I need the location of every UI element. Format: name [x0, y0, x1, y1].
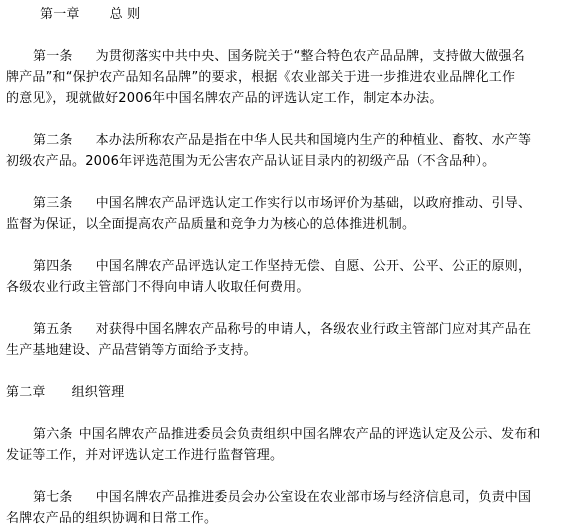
- chapter-heading: 第一章总 则: [40, 4, 140, 25]
- article-text: 初级农产品。2006年评选范围为无公害农产品认证目录内的初级产品（不含品种）。: [6, 151, 495, 172]
- article-text: 中国名牌农产品推进委员会办公室设在农业部市场与经济信息司，负责中国: [96, 490, 532, 505]
- article-text: 中国名牌农产品推进委员会负责组织中国名牌农产品的评选认定及公示、发布和: [79, 427, 541, 442]
- article-label: 第三条: [33, 193, 73, 214]
- article-text: 为贯彻落实中共中央、国务院关于“整合特色农产品品牌，支持做大做强名: [96, 49, 525, 64]
- article-text: 对获得中国名牌农产品称号的申请人，各级农业行政主管部门应对其产品在: [96, 322, 532, 337]
- chapter-label: 第一章: [40, 4, 80, 25]
- article-label: 第二条: [33, 130, 73, 151]
- article-text: 牌产品”和“保护农产品知名品牌”的要求，根据《农业部关于进一步推进农业品牌化工作: [6, 67, 515, 88]
- article-label: 第六条: [33, 424, 73, 445]
- article-text: 本办法所称农产品是指在中华人民共和国境内生产的种植业、畜牧、水产等: [96, 133, 532, 148]
- article-label: 第一条: [33, 46, 73, 67]
- article-label: 第七条: [33, 487, 73, 508]
- chapter-label: 第二章: [6, 382, 46, 403]
- article-text: 中国名牌农产品评选认定工作坚持无偿、自愿、公开、公平、公正的原则，: [96, 259, 532, 274]
- chapter-title: 总 则: [110, 7, 141, 22]
- article-text: 各级农业行政主管部门不得向申请人收取任何费用。: [6, 277, 310, 298]
- article-text: 发证等工作，并对评选认定工作进行监督管理。: [6, 445, 283, 466]
- chapter-heading: 第二章组织管理: [6, 382, 124, 403]
- article-text: 中国名牌农产品评选认定工作实行以市场评价为基础，以政府推动、引导、: [96, 196, 532, 211]
- article-label: 第四条: [33, 256, 73, 277]
- article-label: 第五条: [33, 319, 73, 340]
- chapter-title: 组织管理: [72, 385, 125, 400]
- article-text: 的意见》，现就做好2006年中国名牌农产品的评选认定工作，制定本办法。: [6, 88, 443, 109]
- article-text: 名牌农产品的组织协调和日常工作。: [6, 508, 217, 527]
- article-text: 生产基地建设、产品营销等方面给予支持。: [6, 340, 257, 361]
- article-text: 监督为保证，以全面提高农产品质量和竞争力为核心的总体推进机制。: [6, 214, 415, 235]
